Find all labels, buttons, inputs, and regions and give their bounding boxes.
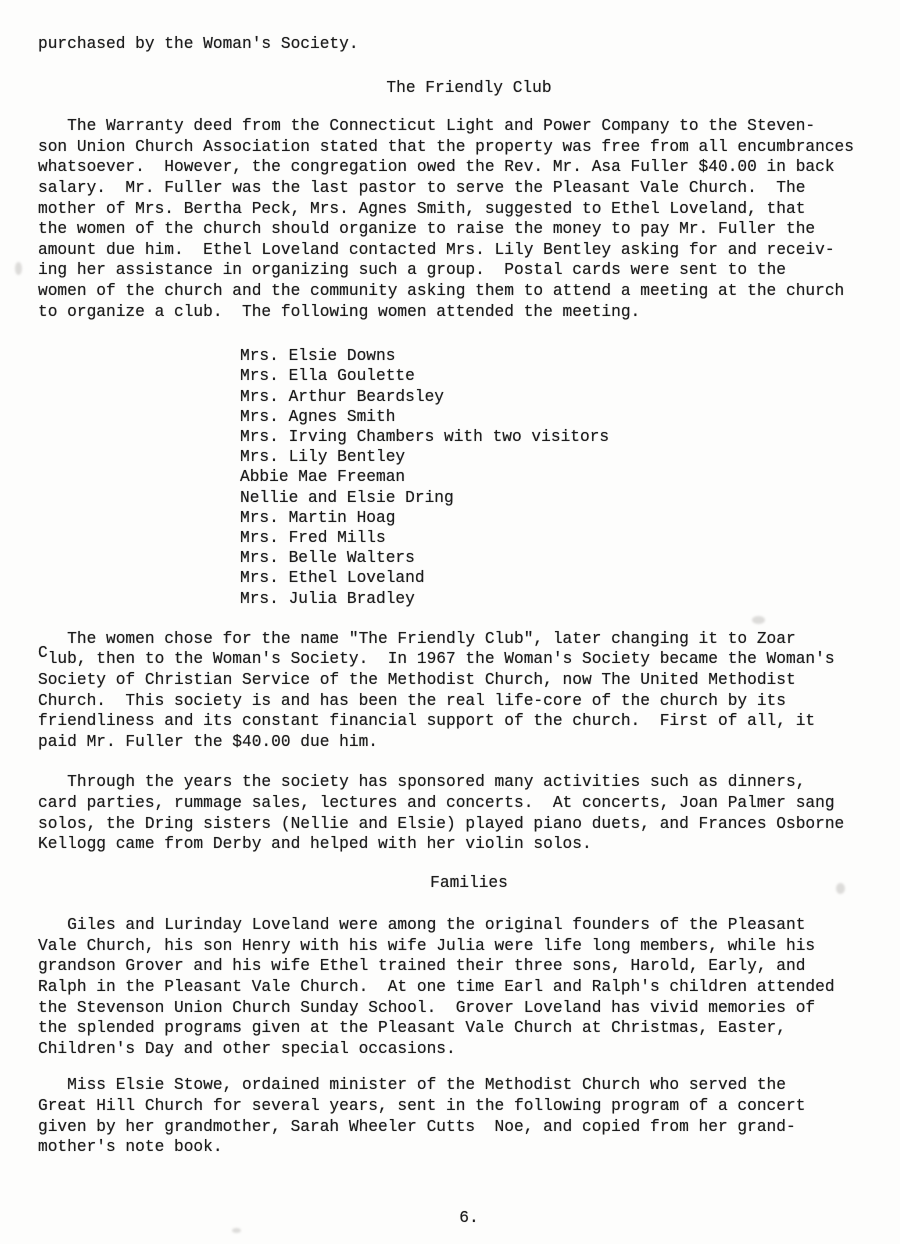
continuation-line: purchased by the Woman's Society. xyxy=(38,34,900,55)
paragraph-society-activities: Through the years the society has sponso… xyxy=(38,772,900,854)
paragraph-club-naming: The women chose for the name "The Friend… xyxy=(38,629,900,753)
paragraph-elsie-stowe: Miss Elsie Stowe, ordained minister of t… xyxy=(38,1075,900,1157)
scan-artifact xyxy=(752,616,765,624)
document-page: purchased by the Woman's Society. The Fr… xyxy=(0,0,900,1244)
raised-typewriter-letter: C xyxy=(38,644,48,662)
paragraph-warranty-deed: The Warranty deed from the Connecticut L… xyxy=(38,116,900,322)
club-naming-first-line: The women chose for the name "The Friend… xyxy=(38,630,796,648)
club-naming-continuation: lub, then to the Woman's Society. In 196… xyxy=(38,650,835,750)
heading-families: Families xyxy=(38,873,900,894)
scan-artifact xyxy=(232,1228,241,1233)
heading-friendly-club: The Friendly Club xyxy=(38,78,900,99)
paragraph-loveland-family: Giles and Lurinday Loveland were among t… xyxy=(38,915,900,1059)
attendees-list: Mrs. Elsie Downs Mrs. Ella Goulette Mrs.… xyxy=(240,346,900,609)
scan-artifact xyxy=(15,262,22,275)
page-number: 6. xyxy=(38,1208,900,1229)
scan-artifact xyxy=(836,883,845,894)
